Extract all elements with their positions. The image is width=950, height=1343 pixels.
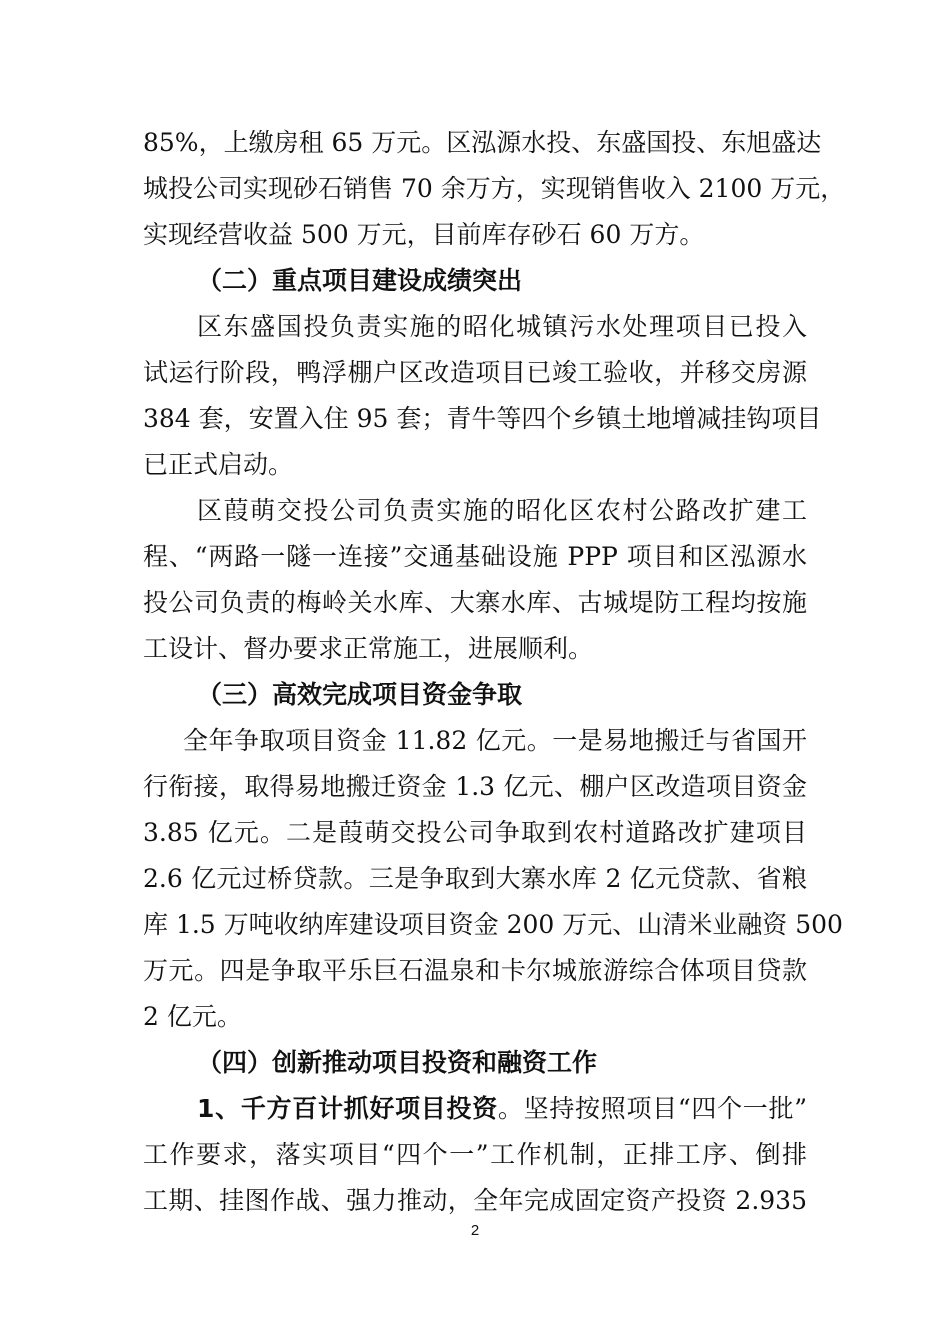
paragraph-line: 行衔接，取得易地搬迁资金 1.3 亿元、棚户区改造项目资金 — [143, 764, 807, 810]
paragraph-line: 2.6 亿元过桥贷款。三是争取到大寨水库 2 亿元贷款、省粮 — [143, 856, 807, 902]
paragraph-line: 城投公司实现砂石销售 70 余万方，实现销售收入 2100 万元， — [143, 166, 807, 212]
paragraph-text: 。坚持按照项目“四个一批” — [498, 1094, 807, 1123]
subsection-lead: 1、千方百计抓好项目投资 — [197, 1094, 498, 1123]
paragraph-line: 工设计、督办要求正常施工，进展顺利。 — [143, 626, 807, 672]
paragraph-line: 实现经营收益 500 万元，目前库存砂石 60 万方。 — [143, 212, 807, 258]
document-page: 85%，上缴房租 65 万元。区泓源水投、东盛国投、东旭盛达 城投公司实现砂石销… — [143, 120, 807, 1224]
paragraph-line: 投公司负责的梅岭关水库、大寨水库、古城堤防工程均按施 — [143, 580, 807, 626]
paragraph-line: 85%，上缴房租 65 万元。区泓源水投、东盛国投、东旭盛达 — [143, 120, 807, 166]
paragraph-line: 区东盛国投负责实施的昭化城镇污水处理项目已投入 — [143, 304, 807, 350]
paragraph-line: 1、千方百计抓好项目投资。坚持按照项目“四个一批” — [143, 1086, 807, 1132]
paragraph-line: 全年争取项目资金 11.82 亿元。一是易地搬迁与省国开 — [143, 718, 807, 764]
paragraph-line: 区葭萌交投公司负责实施的昭化区农村公路改扩建工 — [143, 488, 807, 534]
section-heading-2: （二）重点项目建设成绩突出 — [143, 258, 807, 304]
paragraph-line: 工期、挂图作战、强力推动，全年完成固定资产投资 2.935 — [143, 1178, 807, 1224]
paragraph-line: 已正式启动。 — [143, 442, 807, 488]
paragraph-line: 万元。四是争取平乐巨石温泉和卡尔城旅游综合体项目贷款 — [143, 948, 807, 994]
paragraph-line: 2 亿元。 — [143, 994, 807, 1040]
section-heading-4: （四）创新推动项目投资和融资工作 — [143, 1040, 807, 1086]
paragraph-line: 库 1.5 万吨收纳库建设项目资金 200 万元、山清米业融资 500 — [143, 902, 807, 948]
paragraph-line: 384 套，安置入住 95 套；青牛等四个乡镇土地增减挂钩项目 — [143, 396, 807, 442]
section-heading-3: （三）高效完成项目资金争取 — [143, 672, 807, 718]
paragraph-line: 3.85 亿元。二是葭萌交投公司争取到农村道路改扩建项目 — [143, 810, 807, 856]
paragraph-line: 程、“两路一隧一连接”交通基础设施 PPP 项目和区泓源水 — [143, 534, 807, 580]
page-number: 2 — [0, 1222, 950, 1239]
paragraph-line: 工作要求，落实项目“四个一”工作机制，正排工序、倒排 — [143, 1132, 807, 1178]
paragraph-line: 试运行阶段，鸭浮棚户区改造项目已竣工验收，并移交房源 — [143, 350, 807, 396]
